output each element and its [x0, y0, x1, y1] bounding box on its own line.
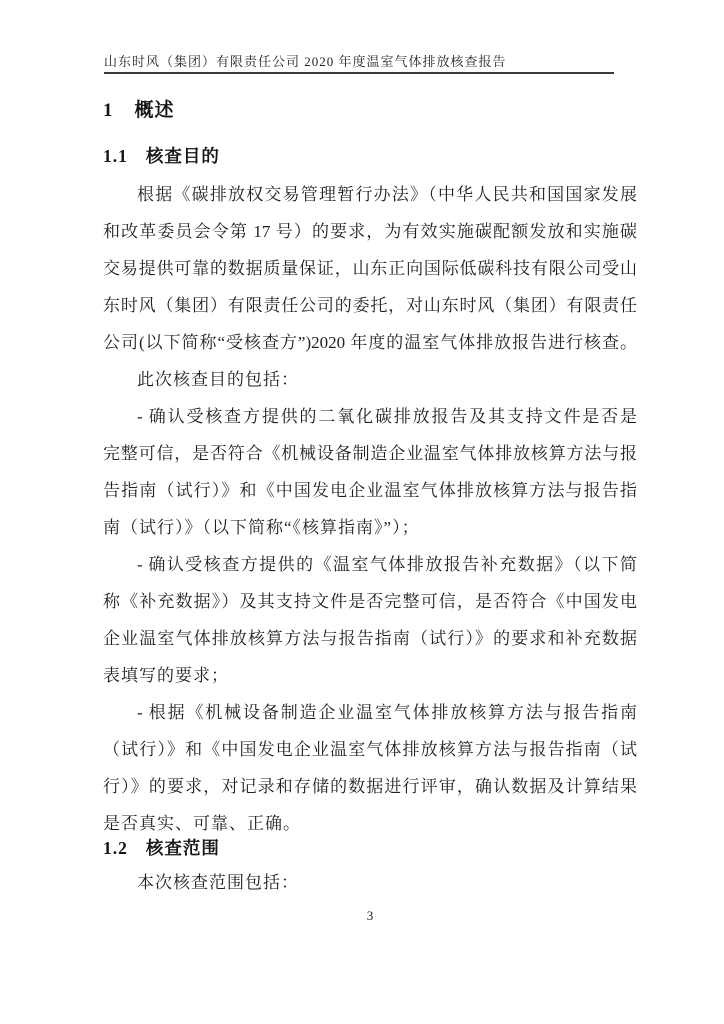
text-line: 称《补充数据》）及其支持文件是否完整可信，是否符合《中国发电 [103, 583, 637, 620]
text-line: 南（试行）》（以下简称“《核算指南》”）； [103, 509, 637, 546]
heading-number: 1.1 [103, 146, 128, 166]
document-body: 1概述 1.1核查目的 根据《碳排放权交易管理暂行办法》（中华人民共和国国家发展… [103, 100, 637, 901]
text-line: 根据《碳排放权交易管理暂行办法》（中华人民共和国国家发展 [103, 176, 637, 213]
paragraph-scope-lead-in: 本次核查范围包括： [103, 864, 637, 901]
text-line: 行）》的要求，对记录和存储的数据进行评审，确认数据及计算结果 [103, 768, 637, 805]
paragraph-purpose-lead-in: 此次核查目的包括： [103, 361, 637, 398]
section-heading-overview: 1概述 [103, 100, 637, 122]
text-line: 告指南（试行）》和《中国发电企业温室气体排放核算方法与报告指 [103, 472, 637, 509]
document-page: 山东时风（集团）有限责任公司 2020 年度温室气体排放核查报告 1概述 1.1… [0, 0, 724, 1024]
text-line: 表填写的要求； [103, 657, 637, 694]
text-line: 企业温室气体排放核算方法与报告指南（试行）》的要求和补充数据 [103, 620, 637, 657]
bullet-confirm-emission-report: - 确认受核查方提供的二氧化碳排放报告及其支持文件是否是完整可信，是否符合《机械… [103, 398, 637, 546]
bullet-review-recorded-data: - 根据《机械设备制造企业温室气体排放核算方法与报告指南（试行）》和《中国发电企… [103, 694, 637, 842]
text-line: 本次核查范围包括： [103, 864, 637, 901]
bullet-confirm-supplement-data: - 确认受核查方提供的《温室气体排放报告补充数据》（以下简称《补充数据》）及其支… [103, 546, 637, 694]
running-header-title: 山东时风（集团）有限责任公司 2020 年度温室气体排放核查报告 [104, 54, 614, 69]
text-line: 和改革委员会令第 17 号）的要求，为有效实施碳配额发放和实施碳 [103, 213, 637, 250]
text-line: - 确认受核查方提供的二氧化碳排放报告及其支持文件是否是 [103, 398, 637, 435]
text-line: 此次核查目的包括： [103, 361, 637, 398]
text-line: 是否真实、可靠、正确。 [103, 805, 637, 842]
page-footer: 3 [103, 907, 637, 925]
section-heading-verification-purpose: 1.1核查目的 [103, 146, 637, 166]
text-line: - 确认受核查方提供的《温室气体排放报告补充数据》（以下简 [103, 546, 637, 583]
page-number: 3 [367, 908, 374, 923]
text-line: 交易提供可靠的数据质量保证，山东正向国际低碳科技有限公司受山 [103, 250, 637, 287]
heading-title: 概述 [135, 100, 175, 121]
text-line: 东时风（集团）有限责任公司的委托，对山东时风（集团）有限责任 [103, 287, 637, 324]
section-heading-verification-scope: 1.2核查范围 [103, 838, 637, 858]
heading-title: 核查范围 [146, 838, 220, 858]
text-line: 完整可信，是否符合《机械设备制造企业温室气体排放核算方法与报 [103, 435, 637, 472]
heading-number: 1 [103, 100, 114, 121]
text-line: （试行）》和《中国发电企业温室气体排放核算方法与报告指南（试 [103, 731, 637, 768]
heading-number: 1.2 [103, 838, 128, 858]
paragraph-purpose-intro: 根据《碳排放权交易管理暂行办法》（中华人民共和国国家发展和改革委员会令第 17 … [103, 176, 637, 361]
text-line: - 根据《机械设备制造企业温室气体排放核算方法与报告指南 [103, 694, 637, 731]
page-header: 山东时风（集团）有限责任公司 2020 年度温室气体排放核查报告 [104, 54, 614, 74]
text-line: 公司(以下简称“受核查方”)2020 年度的温室气体排放报告进行核查。 [103, 324, 637, 361]
heading-title: 核查目的 [146, 146, 220, 166]
